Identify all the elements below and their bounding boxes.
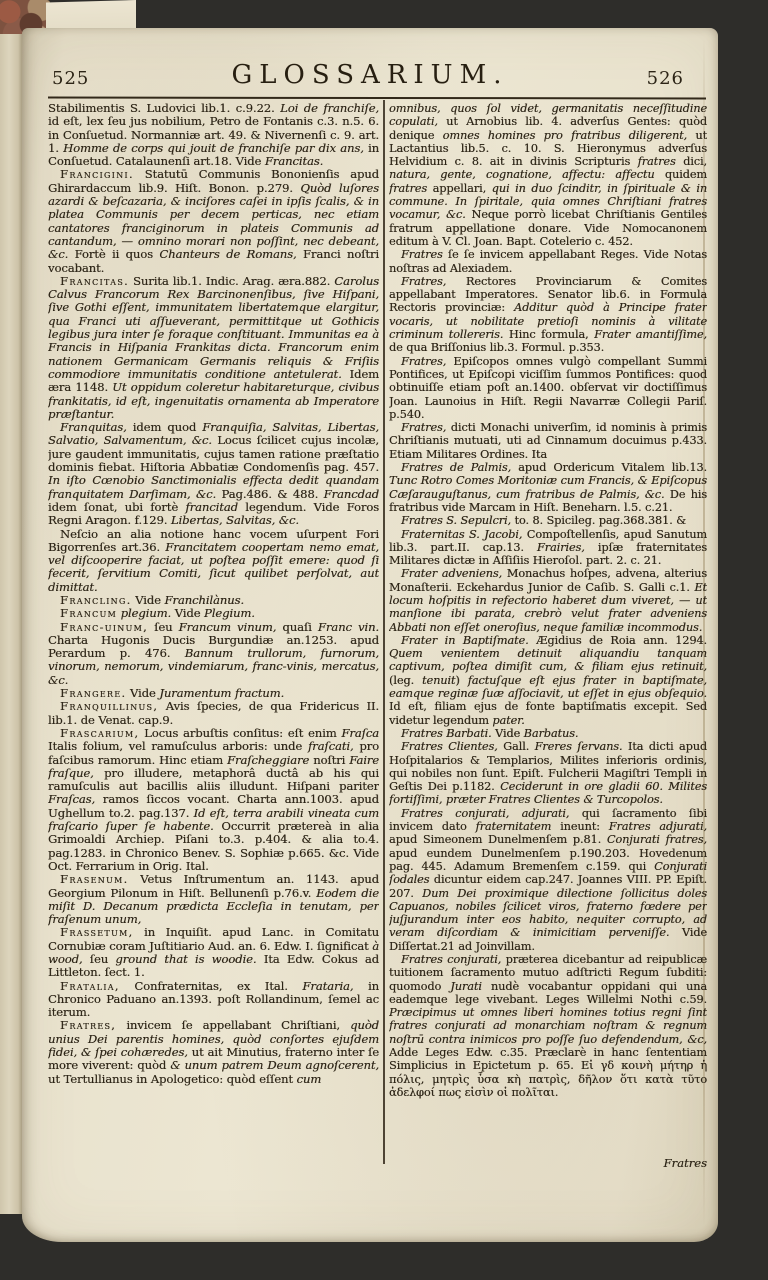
entry-headword: Frasenum. (60, 872, 128, 886)
text-run: Libertas, Salvitas, &c. (171, 513, 299, 527)
paragraph: Fratalia, Confraternitas, ex Ital. Frata… (48, 980, 379, 1020)
column-divider (383, 100, 385, 1164)
text-run: de qua Briſſonius lib.3. Formul. p.353. (389, 341, 604, 354)
text-run: Quem venientem detinuit aliquandiu tanqu… (389, 647, 707, 673)
entry-headword: Francitas. (60, 274, 129, 288)
paragraph: Francum plegium. Vide Plegium. (48, 607, 379, 620)
text-run: Vide (171, 606, 204, 620)
text-run: natura, gente, cognatione, affectu: affe… (389, 168, 655, 181)
text-run: (leg. (389, 674, 422, 687)
text-run: Frater adveniens, (401, 567, 502, 580)
text-run: Francitas. (265, 154, 323, 168)
text-run: Italis folium, vel ramuſculus arboris: u… (48, 739, 308, 753)
paragraph: Franquillinus, Avis ſpecies, de qua Frid… (48, 700, 379, 727)
text-run: Francum vinum, (179, 620, 277, 634)
text-run: Vide (126, 686, 159, 700)
text-run: francitad (185, 500, 238, 514)
paragraph: Fratres, invicem ſe appellabant Chriſtia… (48, 1019, 379, 1085)
text-run: Frataria, (302, 979, 353, 993)
text-run: pater. (492, 714, 524, 727)
text-run: Fratres adjurati, (609, 820, 707, 833)
text-run: Fratres Clientes, (401, 740, 498, 753)
paragraph: Fratres S. Sepulcri, to. 8. Spicileg. pa… (389, 514, 707, 527)
book-scan: 525 GLOSSARIUM. 526 Stabilimentis S. Lud… (0, 0, 768, 1280)
text-run: ) (455, 674, 467, 687)
text-run: Freres ſervans. (535, 740, 623, 753)
entry-headword: Fratalia, (60, 979, 120, 993)
text-run: Confraternitas, ex Ital. (120, 979, 303, 993)
text-run: idem ſonat, ubi fortè (48, 500, 185, 514)
page-title: GLOSSARIUM. (22, 60, 718, 90)
text-run: ut Tertullianus in Apologetico: quòd eſſ… (48, 1072, 297, 1086)
text-run: ground that is woodie. (115, 952, 256, 966)
text-run: plegium. (117, 606, 171, 620)
paragraph: Frangere. Vide Juramentum fractum. (48, 687, 379, 700)
entry-headword: Francling. (60, 593, 132, 607)
text-run: Locus arbuſtis conſitus: eſt enim (139, 726, 341, 740)
text-run: Franquitas, (60, 420, 127, 434)
paragraph: Frascarium, Locus arbuſtis conſitus: eſt… (48, 727, 379, 873)
text-run: Pag.486. & 488. (216, 487, 323, 501)
text-run: Præcipimus ut omnes liberi homines totiu… (389, 1006, 707, 1046)
text-run: Fraſca (341, 726, 379, 740)
text-run: fraternitatem (476, 820, 552, 833)
text-run: fratres (638, 155, 676, 168)
entry-headword: Francigini. (60, 167, 134, 181)
text-run: invicem ſe appellabant Chriſtiani, (116, 1018, 350, 1032)
paragraph: Fratres ſe ſe invicem appellabant Reges.… (389, 248, 707, 275)
catchword: Fratres (389, 1156, 707, 1170)
text-run: Francdad (324, 487, 379, 501)
text-run: Juramentum fractum. (159, 686, 284, 700)
paragraph: Frater in Baptiſmate. Ægidius de Roia an… (389, 634, 707, 727)
text-run: Fraſcas, (48, 792, 95, 806)
text-run: Fraſcheggiare (227, 753, 309, 767)
text-run: Carolus Calvus Francorum Rex Barcinonenſ… (48, 274, 379, 381)
text-run: Fortè ii quos (68, 247, 159, 261)
text-run: Vide (132, 593, 165, 607)
paragraph: Francigini. Statutū Communis Bononienſis… (48, 168, 379, 274)
entry-headword: Franc-uinum, (60, 620, 148, 634)
paragraph: Fraternitas S. Jacobi, Compoſtellenſis, … (389, 528, 707, 568)
text-run: cum (297, 1072, 322, 1086)
paragraph: Francitas. Surita lib.1. Indic. Arag. ær… (48, 275, 379, 421)
entry-headword: Frassetum, (60, 925, 133, 939)
column-right: omnibus, quos ſol videt, germanitatis ne… (389, 102, 707, 1162)
paragraph: Francling. Vide Franchilànus. (48, 594, 379, 607)
text-run: appellari, (427, 182, 492, 195)
text-run: Dum Dei proximique dilectione ſollicitus… (389, 887, 707, 940)
text-run: to. 8. Spicileg. pag.368.381. & (511, 514, 686, 527)
paragraph: Stabilimentis S. Ludovici lib.1. c.9.22.… (48, 102, 379, 168)
text-run: apud Simeonem Dunelmenſem p.81. (389, 833, 607, 846)
text-run: ſeu (83, 952, 116, 966)
text-run: Conjurati fratres, (607, 833, 707, 846)
text-run: Vide (492, 727, 524, 740)
text-run: Franchilànus. (164, 593, 244, 607)
text-run: Gall. (498, 740, 535, 753)
paragraph: Franquitas, idem quod Franquiſia, Salvit… (48, 421, 379, 527)
text-run: Fratres de Palmis, (401, 461, 511, 474)
text-run: Fratres Barbati. (401, 727, 492, 740)
paragraph: Fratres conjurati, præterea dicebantur a… (389, 953, 707, 1099)
paragraph: Fratres, Epiſcopos omnes vulgò compellan… (389, 355, 707, 421)
text-run: Fratres, (401, 275, 446, 288)
paragraph: Fratres Barbati. Vide Barbatus. (389, 727, 707, 740)
text-run: fratres (389, 182, 427, 195)
text-run: Homme de corps qui jouit de franchiſe pa… (63, 141, 364, 155)
header-rule (48, 97, 706, 100)
text-run: quidem (655, 168, 707, 181)
paragraph: Fratres, Rectores Provinciarum & Comites… (389, 275, 707, 355)
text-run: Fraternitas S. Jacobi, (401, 528, 522, 541)
entry-headword: Frangere. (60, 686, 126, 700)
text-run: Jurati (450, 980, 482, 993)
paragraph: Fratres Clientes, Gall. Freres ſervans. … (389, 740, 707, 806)
paragraph: Frater adveniens, Monachus hoſpes, adven… (389, 567, 707, 633)
text-run: quaſi (276, 620, 318, 634)
text-run: idem quod (127, 420, 203, 434)
text-run: ſeu (148, 620, 179, 634)
paragraph: Franc-uinum, ſeu Francum vinum, quaſi Fr… (48, 621, 379, 687)
text-run: Fratres conjurati, adjurati, (401, 807, 569, 820)
text-run: Plegium. (204, 606, 255, 620)
paragraph: Neſcio an alia notione hanc vocem uſurpe… (48, 528, 379, 594)
text-run: Fratres conjurati, (401, 953, 501, 966)
text-run: Frater in Baptiſmate. (401, 634, 529, 647)
text-run: Loi de franchiſe, (280, 102, 379, 115)
text-run: noſtri (309, 753, 349, 767)
text-run: Hinc formula, (503, 328, 594, 341)
text-run: & unum patrem Deum agnoſcerent, (170, 1058, 379, 1072)
text-run: Fratres (401, 248, 443, 261)
text-run: apud Ordericum Vitalem lib.13. (511, 461, 707, 474)
text-run: Surita lib.1. Indic. Arag. æra.882. (129, 274, 334, 288)
text-run: omnes homines pro fratribus diligerent, (443, 129, 687, 142)
entry-headword: Fratres, (60, 1018, 116, 1032)
text-run: Frairies, (537, 541, 585, 554)
text-run: dici, (676, 155, 707, 168)
text-run: Fratres, (401, 355, 446, 368)
text-run: Ægidius de Roia ann. 1294. (529, 634, 707, 647)
text-run: pro illudere, metaphorâ ductâ ab his qui… (48, 766, 379, 793)
text-run: Tunc Rotro Comes Moritoniæ cum Francis, … (389, 474, 707, 500)
column-left: Stabilimentis S. Ludovici lib.1. c.9.22.… (48, 102, 379, 1162)
text-run: Fratres S. Sepulcri, (401, 514, 511, 527)
text-run: Barbatus. (524, 727, 579, 740)
entry-headword: Francum (60, 606, 117, 620)
text-run: Stabilimentis S. Ludovici lib.1. c.9.22. (48, 102, 280, 115)
paragraph: Fratres de Palmis, apud Ordericum Vitale… (389, 461, 707, 514)
text-run: tenuit (422, 674, 455, 687)
text-run: Franc vin. (318, 620, 379, 634)
text-run: ineunt: (551, 820, 608, 833)
paragraph: Fratres conjurati, adjurati, qui ſacrame… (389, 807, 707, 953)
paragraph: Frasenum. Vetus Inſtrumentum an. 1143. a… (48, 873, 379, 926)
entry-headword: Franquillinus, (60, 699, 158, 713)
text-run: Fratres, (401, 421, 446, 434)
text-run: Id eſt, filiam ejus de fonte baptiſmatis… (389, 700, 707, 726)
text-run: fraſcati, (308, 739, 354, 753)
book-page: 525 GLOSSARIUM. 526 Stabilimentis S. Lud… (22, 28, 718, 1242)
text-run: Chanteurs de Romans, (159, 247, 296, 261)
paragraph: Frassetum, in Inquiſit. apud Lanc. in Co… (48, 926, 379, 979)
entry-headword: Frascarium, (60, 726, 139, 740)
page-number-right: 526 (647, 68, 684, 89)
text-run: Frater amantiſſime, (594, 328, 707, 341)
paragraph: Fratres, dicti Monachi univerſim, id nom… (389, 421, 707, 461)
paragraph: omnibus, quos ſol videt, germanitatis ne… (389, 102, 707, 248)
